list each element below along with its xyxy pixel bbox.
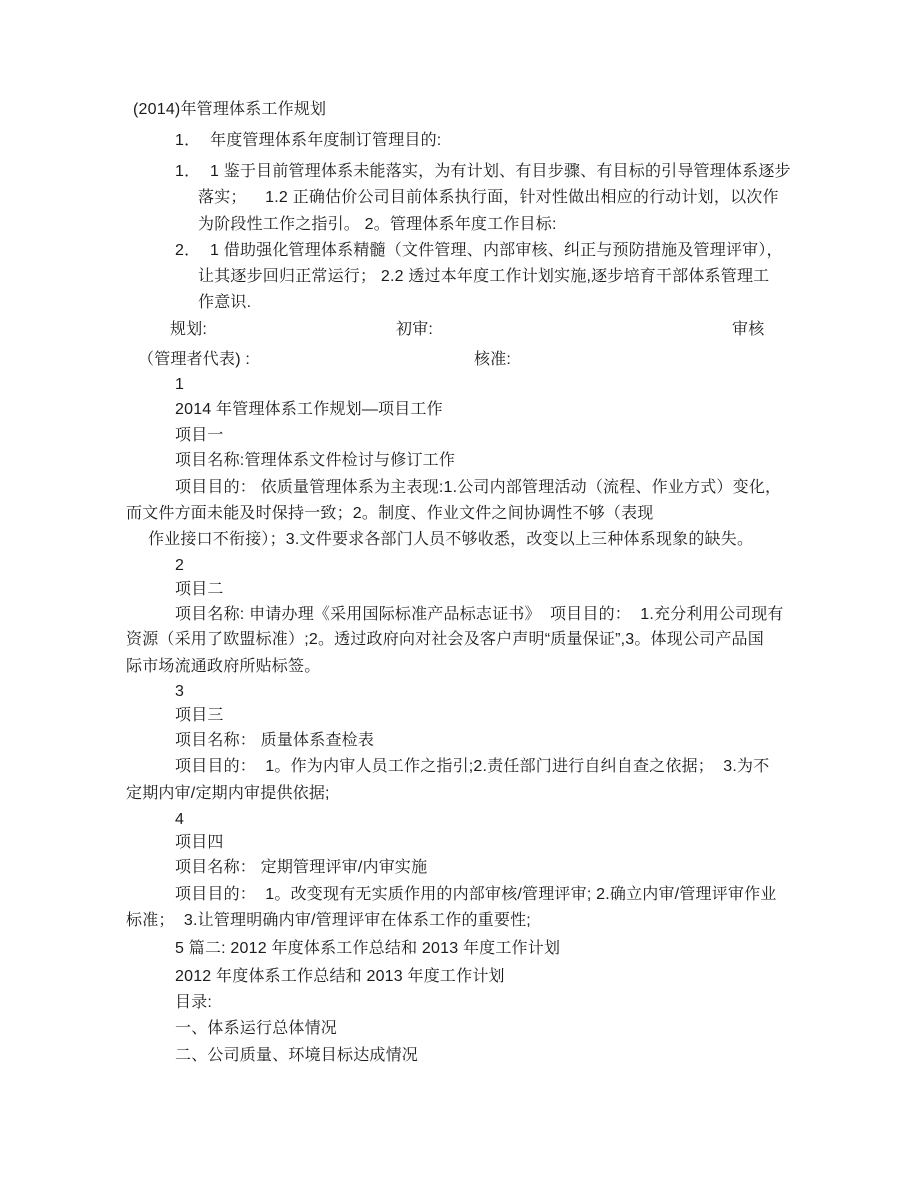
doc-line-8: 作意识.	[198, 292, 251, 313]
doc-line-9-seg-1: 规划:	[170, 319, 207, 340]
doc-line-2-seg-1: 1．	[175, 130, 200, 151]
doc-line-3-seg-2: 1 鉴于目前管理体系未能落实，为有计划、有目步骤、有目标的引导管理体系逐步	[210, 161, 791, 182]
doc-line-15: 项目目的： 依质量管理体系为主表现:1.公司内部管理活动（流程、作业方式）变化，	[175, 477, 781, 498]
doc-line-19: 项目二	[175, 579, 224, 600]
doc-line-24: 项目三	[175, 705, 224, 726]
doc-line-6-seg-1: 2．	[175, 240, 200, 261]
doc-line-7: 让其逐步回归正常运行； 2.2 透过本年度工作计划实施,逐步培育干部体系管理工	[198, 266, 769, 287]
doc-line-10-seg-2: 核准:	[474, 349, 511, 370]
doc-line-29: 项目四	[175, 832, 224, 853]
doc-line-20: 项目名称: 申请办理《采用国际标准产品标志证书》 项目目的： 1.充分利用公司现…	[175, 604, 784, 625]
doc-line-27: 定期内审/定期内审提供依据;	[126, 783, 330, 804]
doc-line-30: 项目名称： 定期管理评审/内审实施	[175, 857, 427, 878]
doc-line-22: 际市场流通政府所贴标签。	[126, 656, 320, 677]
doc-line-37: 二、公司质量、环境目标达成情况	[175, 1045, 418, 1066]
doc-line-13: 项目一	[175, 425, 224, 446]
doc-line-9-seg-2: 初审:	[396, 319, 433, 340]
doc-line-5: 为阶段性工作之指引。 2。管理体系年度工作目标:	[198, 214, 557, 235]
doc-line-28: 4	[175, 809, 184, 830]
doc-line-25: 项目名称： 质量体系查检表	[175, 730, 374, 751]
doc-line-17: 作业接口不衔接）；3.文件要求各部门人员不够收悉，改变以上三种体系现象的缺失。	[148, 529, 753, 550]
doc-line-26: 项目目的： 1。作为内审人员工作之指引;2.责任部门进行自纠自查之依据； 3.为…	[175, 756, 769, 777]
doc-line-4: 落实； 1.2 正确估价公司目前体系执行面，针对性做出相应的行动计划，以次作	[198, 187, 779, 208]
document-page: (2014)年管理体系工作规划1．年度管理体系年度制订管理目的:1．1 鉴于目前…	[0, 0, 920, 1191]
doc-line-23: 3	[175, 681, 184, 702]
doc-line-34: 2012 年度体系工作总结和 2013 年度工作计划	[175, 966, 505, 987]
doc-line-6-seg-2: 1 借助强化管理体系精髓（文件管理、内部审核、纠正与预防措施及管理评审），	[210, 240, 783, 261]
doc-line-2-seg-2: 年度管理体系年度制订管理目的:	[210, 130, 441, 151]
doc-line-31: 项目目的： 1。改变现有无实质作用的内部审核/管理评审; 2.确立内审/管理评审…	[175, 884, 777, 905]
doc-line-16: 而文件方面未能及时保持一致；2。制度、作业文件之间协调性不够（表现	[126, 503, 654, 524]
doc-line-12: 2014 年管理体系工作规划—项目工作	[175, 399, 443, 420]
doc-line-33: 5 篇二: 2012 年度体系工作总结和 2013 年度工作计划	[175, 938, 560, 959]
doc-line-36: 一、体系运行总体情况	[175, 1018, 337, 1039]
doc-line-21: 资源（采用了欧盟标准）;2。透过政府向对社会及客户声明“质量保证”,3。体现公司…	[126, 629, 764, 650]
doc-line-14: 项目名称:管理体系文件检讨与修订工作	[175, 450, 455, 471]
doc-line-10-seg-1: （管理者代表) :	[138, 349, 250, 370]
doc-line-11: 1	[175, 374, 184, 395]
doc-line-3-seg-1: 1．	[175, 161, 200, 182]
doc-line-35: 目录:	[175, 992, 212, 1013]
doc-line-9-seg-3: 审核	[732, 319, 764, 340]
doc-line-18: 2	[175, 555, 184, 576]
doc-line-1: (2014)年管理体系工作规划	[133, 99, 326, 120]
doc-line-32: 标准； 3.让管理明确内审/管理评审在体系工作的重要性;	[126, 910, 531, 931]
